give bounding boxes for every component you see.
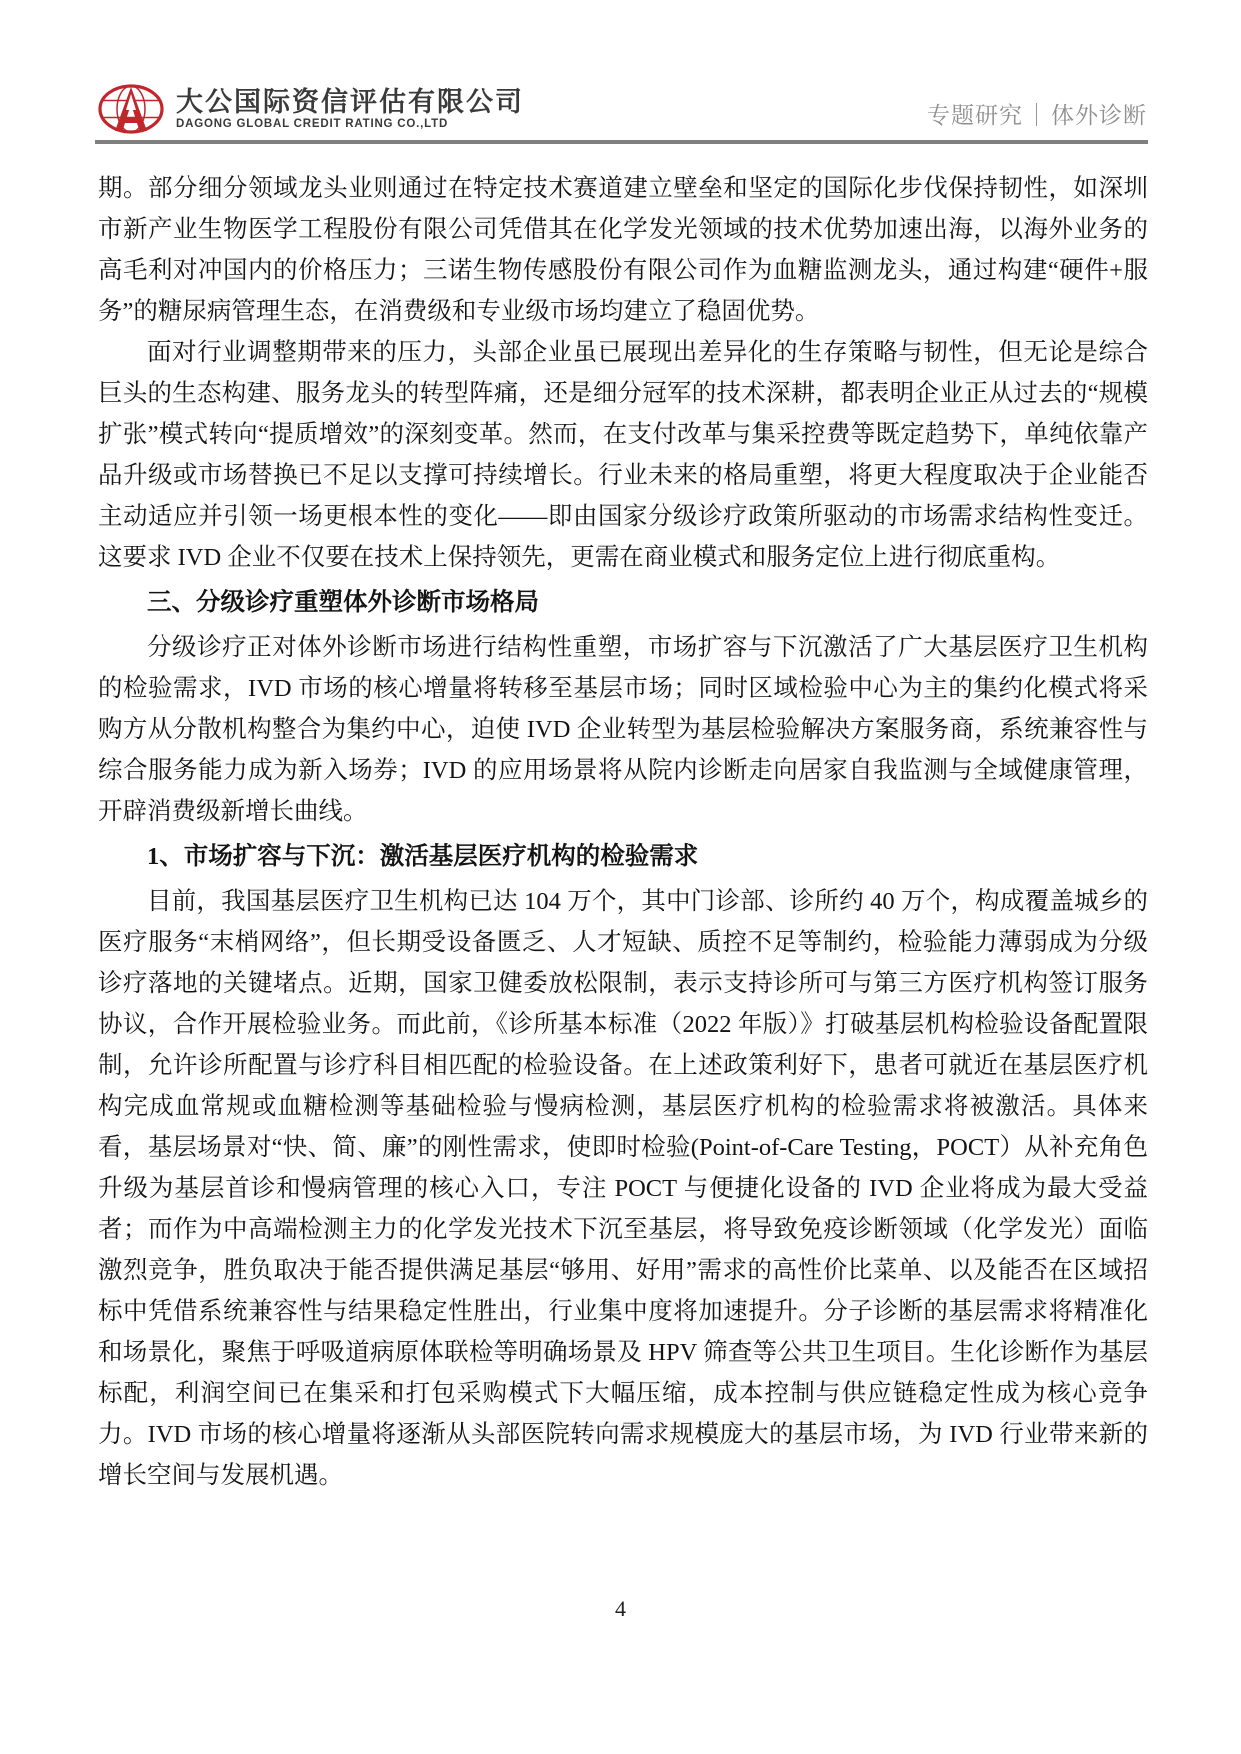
paragraph: 面对行业调整期带来的压力，头部企业虽已展现出差异化的生存策略与韧性，但无论是综合… — [98, 332, 1148, 578]
report-topic-subject: 体外诊断 — [1051, 102, 1147, 128]
company-name-en: DAGONG GLOBAL CREDIT RATING CO.,LTD — [176, 118, 524, 131]
page-footer: 4 — [0, 1596, 1241, 1622]
paragraph-continuation: 期。部分细分领域龙头业则通过在特定技术赛道建立壁垒和坚定的国际化步伐保持韧性，如… — [98, 168, 1148, 332]
paragraph: 分级诊疗正对体外诊断市场进行结构性重塑，市场扩容与下沉激活了广大基层医疗卫生机构… — [98, 627, 1148, 832]
section-heading: 三、分级诊疗重塑体外诊断市场格局 — [98, 582, 1148, 623]
dagong-globe-logo-icon — [98, 84, 164, 134]
company-name-cn: 大公国际资信评估有限公司 — [176, 88, 524, 116]
page-header: 大公国际资信评估有限公司 DAGONG GLOBAL CREDIT RATING… — [98, 84, 1147, 134]
report-topic: 专题研究｜体外诊断 — [927, 97, 1147, 134]
document-page: 大公国际资信评估有限公司 DAGONG GLOBAL CREDIT RATING… — [0, 0, 1241, 1754]
page-number: 4 — [615, 1596, 626, 1621]
document-body: 期。部分细分领域龙头业则通过在特定技术赛道建立壁垒和坚定的国际化步伐保持韧性，如… — [98, 168, 1148, 1496]
paragraph: 目前，我国基层医疗卫生机构已达 104 万个，其中门诊部、诊所约 40 万个，构… — [98, 881, 1148, 1496]
subsection-heading: 1、市场扩容与下沉：激活基层医疗机构的检验需求 — [98, 836, 1148, 877]
company-logo: 大公国际资信评估有限公司 DAGONG GLOBAL CREDIT RATING… — [98, 84, 524, 134]
company-name-block: 大公国际资信评估有限公司 DAGONG GLOBAL CREDIT RATING… — [176, 88, 524, 131]
report-topic-category: 专题研究 — [927, 102, 1023, 128]
header-divider-rule — [95, 140, 1148, 144]
topic-divider: ｜ — [1025, 102, 1049, 128]
